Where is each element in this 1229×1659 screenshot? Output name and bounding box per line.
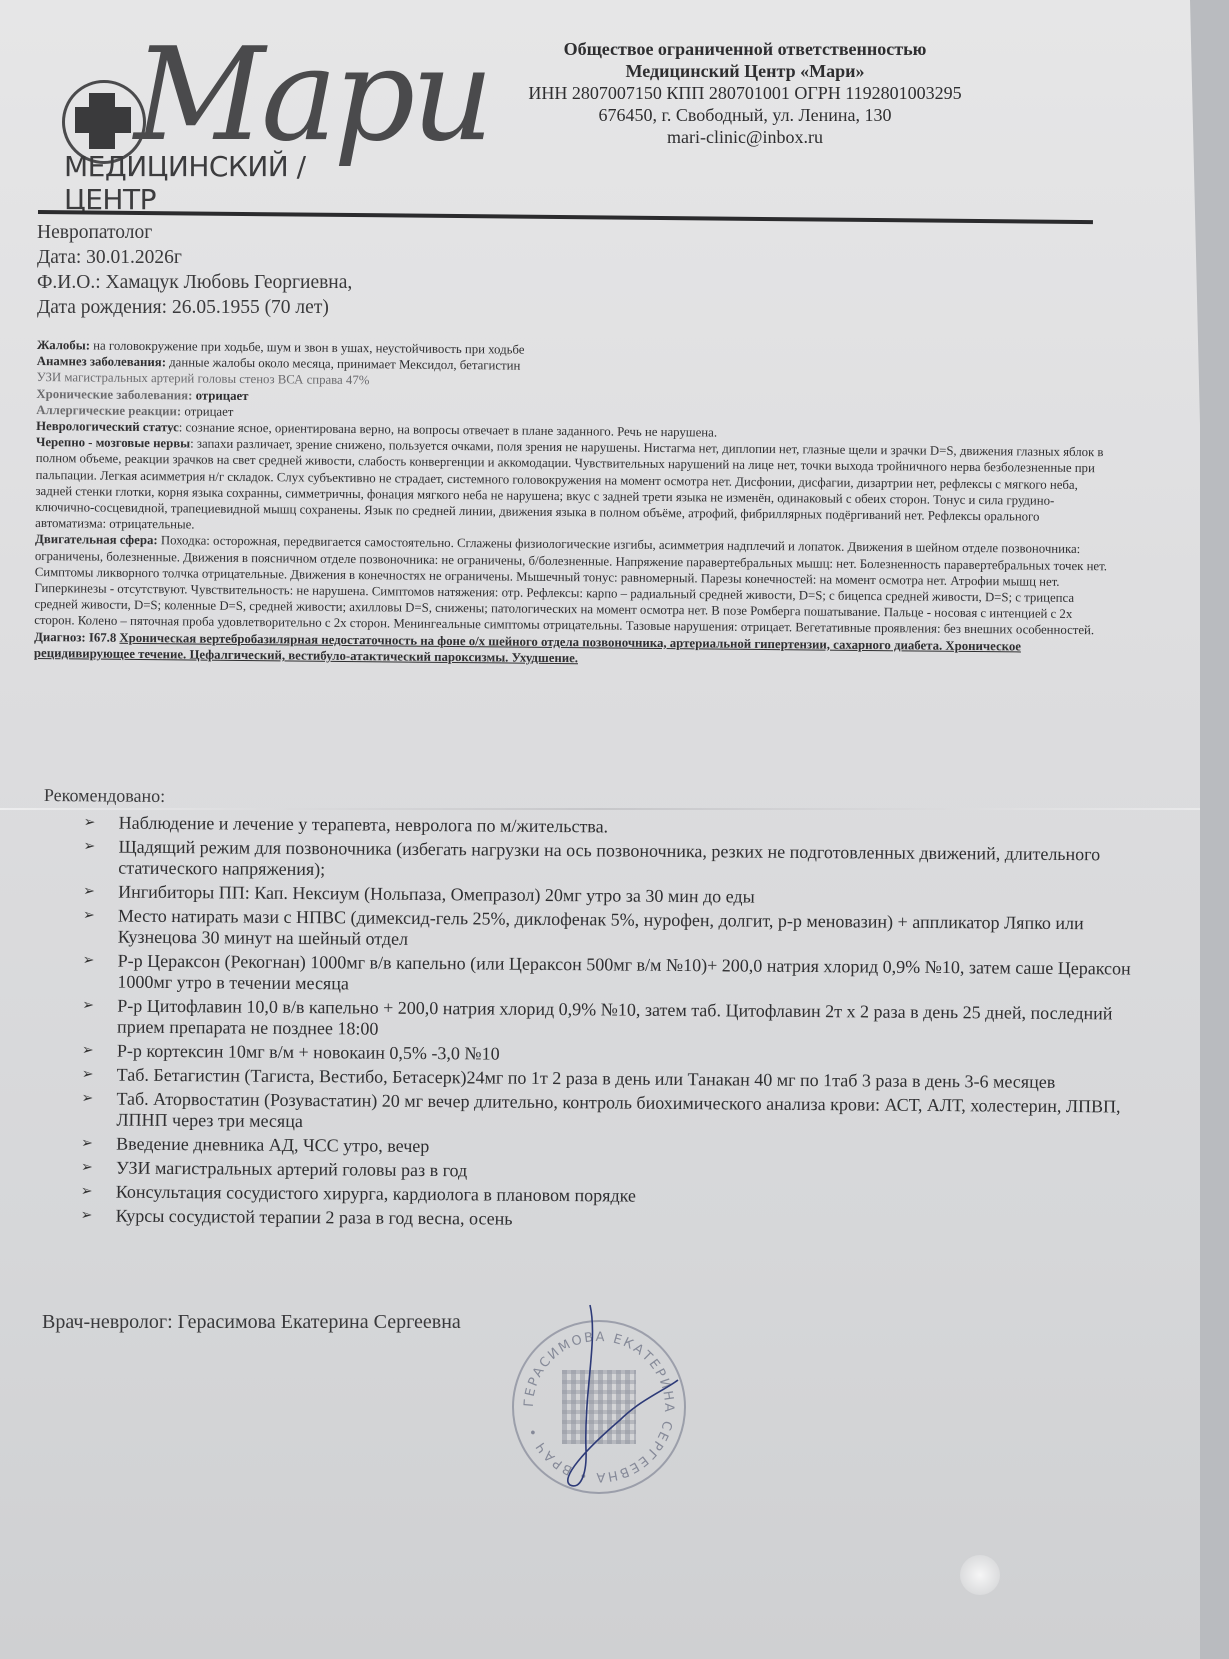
handwritten-signature: [540, 1300, 680, 1500]
patient-info: Невропатолог Дата: 30.01.2026г Ф.И.О.: Х…: [37, 220, 352, 320]
arrow-bullet-icon: ➢: [81, 1157, 93, 1178]
arrow-bullet-icon: ➢: [84, 812, 96, 833]
org-line2: Медицинский Центр «Мари»: [450, 60, 1040, 82]
arrow-bullet-icon: ➢: [81, 1205, 93, 1226]
arrow-bullet-icon: ➢: [81, 1181, 93, 1202]
logo-script: Мари: [134, 32, 490, 160]
recommendation-text: Курсы сосудистой терапии 2 раза в год ве…: [116, 1206, 513, 1229]
arrow-bullet-icon: ➢: [81, 1133, 93, 1154]
patient-dob: Дата рождения: 26.05.1955 (70 лет): [37, 295, 352, 320]
recommendation-item: ➢Щадящий режим для позвоночника (избегат…: [43, 836, 1163, 887]
arrow-bullet-icon: ➢: [81, 1088, 93, 1109]
recommendation-text: Введение дневника АД, ЧСС утро, вечер: [116, 1134, 429, 1156]
recommendation-text: Место натирать мази с НПВС (димексид-гел…: [118, 906, 1084, 949]
patient-name: Ф.И.О.: Хамацук Любовь Георгиевна,: [37, 270, 352, 295]
exam-section: Жалобы: на головокружение при ходьбе, шу…: [34, 337, 1112, 671]
recommendation-text: Таб. Бетагистин (Тагиста, Вестибо, Бетас…: [117, 1065, 1056, 1092]
doctor-signature-line: Врач-невролог: Герасимова Екатерина Серг…: [42, 1311, 461, 1334]
visit-date: Дата: 30.01.2026г: [37, 245, 352, 270]
clinic-logo: Мари МЕДИЦИНСКИЙ /ЦЕНТР: [42, 38, 372, 198]
org-details: Обществое ограниченной ответственностью …: [450, 38, 1040, 148]
arrow-bullet-icon: ➢: [83, 836, 95, 857]
recommendation-text: Ингибиторы ПП: Кап. Нексиум (Нольпаза, О…: [118, 882, 755, 907]
motor-sphere: Двигательная сфера: Походка: осторожная,…: [34, 531, 1110, 639]
arrow-bullet-icon: ➢: [83, 950, 95, 971]
recommendation-item: ➢Р-р Цитофлавин 10,0 в/в капельно + 200,…: [42, 995, 1162, 1046]
arrow-bullet-icon: ➢: [83, 905, 95, 926]
org-address: 676450, г. Свободный, ул. Ленина, 130: [450, 104, 1040, 126]
recommendation-item: ➢Р-р Цераксон (Рекогнан) 1000мг в/в капе…: [42, 950, 1162, 1001]
arrow-bullet-icon: ➢: [82, 1040, 94, 1061]
recommendation-text: Р-р кортексин 10мг в/м + новокаин 0,5% -…: [117, 1041, 500, 1064]
recommendation-text: Щадящий режим для позвоночника (избегать…: [118, 837, 1100, 880]
cranial-nerves: Черепно - мозговые нервы: запахи различа…: [35, 434, 1111, 542]
arrow-bullet-icon: ➢: [83, 881, 95, 902]
recommendation-item: ➢Место натирать мази с НПВС (димексид-ге…: [43, 905, 1163, 956]
recommendation-item: ➢Таб. Аторвостатин (Розувастатин) 20 мг …: [41, 1088, 1161, 1139]
recommendation-text: Р-р Цитофлавин 10,0 в/в капельно + 200,0…: [117, 996, 1112, 1039]
org-line1: Обществое ограниченной ответственностью: [450, 38, 1040, 60]
recommendations-list: ➢Наблюдение и лечение у терапевта, невро…: [41, 812, 1164, 1235]
recommendation-text: УЗИ магистральных артерий головы раз в г…: [116, 1158, 467, 1181]
recommendation-text: Консультация сосудистого хирурга, кардио…: [116, 1182, 636, 1206]
arrow-bullet-icon: ➢: [82, 1064, 94, 1085]
logo-subtitle: МЕДИЦИНСКИЙ /ЦЕНТР: [64, 150, 372, 216]
specialty: Невропатолог: [37, 220, 352, 245]
arrow-bullet-icon: ➢: [82, 995, 94, 1016]
org-email: mari-clinic@inbox.ru: [450, 126, 1040, 148]
recommendation-text: Р-р Цераксон (Рекогнан) 1000мг в/в капел…: [117, 951, 1130, 994]
recommendations: Рекомендовано: ➢Наблюдение и лечение у т…: [41, 785, 1164, 1238]
paper-mark: [960, 1555, 1000, 1595]
recommendation-text: Наблюдение и лечение у терапевта, неврол…: [119, 813, 609, 837]
recommendation-text: Таб. Аторвостатин (Розувастатин) 20 мг в…: [116, 1089, 1120, 1131]
org-ids: ИНН 2807007150 КПП 280701001 ОГРН 119280…: [450, 82, 1040, 104]
